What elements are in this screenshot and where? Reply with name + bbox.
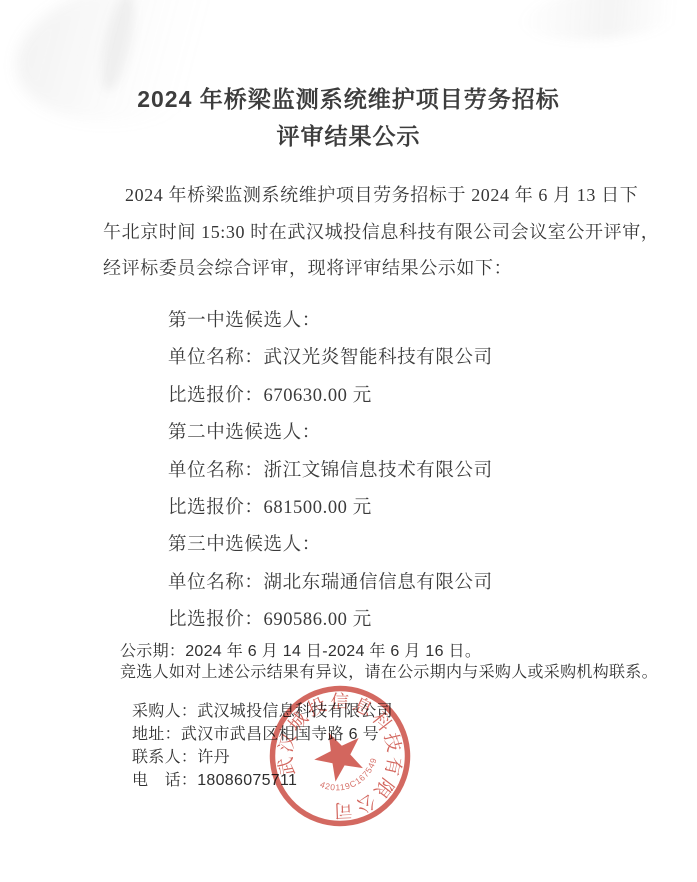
scan-smudge-streak [95, 0, 141, 94]
candidate-price-line: 比选报价：681500.00 元 [168, 490, 638, 527]
candidate-list: 第一中选候选人： 单位名称：武汉光炎智能科技有限公司 比选报价：670630.0… [168, 303, 638, 640]
contact-person-line: 联系人：许丹 [132, 746, 462, 769]
doc-title: 2024 年桥梁监测系统维护项目劳务招标 评审结果公示 [0, 81, 697, 155]
candidate-block-2: 第二中选候选人： 单位名称：浙江文锦信息技术有限公司 比选报价：681500.0… [168, 415, 638, 527]
document-page: 2024 年桥梁监测系统维护项目劳务招标 评审结果公示 2024 年桥梁监测系统… [0, 0, 697, 882]
address-line: 地址：武汉市武昌区相国寺路 6 号 [132, 723, 462, 746]
notice-block: 公示期：2024 年 6 月 14 日-2024 年 6 月 16 日。 竞选人… [120, 641, 660, 683]
intro-line-1: 2024 年桥梁监测系统维护项目劳务招标于 2024 年 6 月 13 日下 [103, 177, 598, 214]
intro-paragraph: 2024 年桥梁监测系统维护项目劳务招标于 2024 年 6 月 13 日下 午… [103, 177, 598, 287]
publicity-period: 公示期：2024 年 6 月 14 日-2024 年 6 月 16 日。 [120, 641, 660, 662]
objection-note: 竞选人如对上述公示结果有异议，请在公示期内与采购人或采购机构联系。 [120, 662, 660, 683]
scan-smudge-top-right [518, 0, 697, 47]
intro-line-2: 午北京时间 15:30 时在武汉城投信息科技有限公司会议室公开评审， [103, 214, 598, 251]
phone-line: 电 话：18086075711 [132, 769, 462, 792]
candidate-rank-heading: 第三中选候选人： [168, 527, 638, 564]
candidate-block-3: 第三中选候选人： 单位名称：湖北东瑞通信信息有限公司 比选报价：690586.0… [168, 527, 638, 639]
contact-block: 采购人：武汉城投信息科技有限公司 地址：武汉市武昌区相国寺路 6 号 联系人：许… [132, 700, 462, 792]
candidate-company-line: 单位名称：武汉光炎智能科技有限公司 [168, 340, 638, 377]
candidate-price-line: 比选报价：670630.00 元 [168, 378, 638, 415]
doc-title-line-2: 评审结果公示 [0, 118, 697, 155]
candidate-company-line: 单位名称：湖北东瑞通信信息有限公司 [168, 565, 638, 602]
candidate-block-1: 第一中选候选人： 单位名称：武汉光炎智能科技有限公司 比选报价：670630.0… [168, 303, 638, 415]
candidate-rank-heading: 第一中选候选人： [168, 303, 638, 340]
candidate-rank-heading: 第二中选候选人： [168, 415, 638, 452]
purchaser-line: 采购人：武汉城投信息科技有限公司 [132, 700, 462, 723]
candidate-company-line: 单位名称：浙江文锦信息技术有限公司 [168, 453, 638, 490]
doc-title-line-1: 2024 年桥梁监测系统维护项目劳务招标 [0, 81, 697, 118]
candidate-price-line: 比选报价：690586.00 元 [168, 602, 638, 639]
intro-line-3: 经评标委员会综合评审，现将评审结果公示如下： [103, 250, 598, 287]
